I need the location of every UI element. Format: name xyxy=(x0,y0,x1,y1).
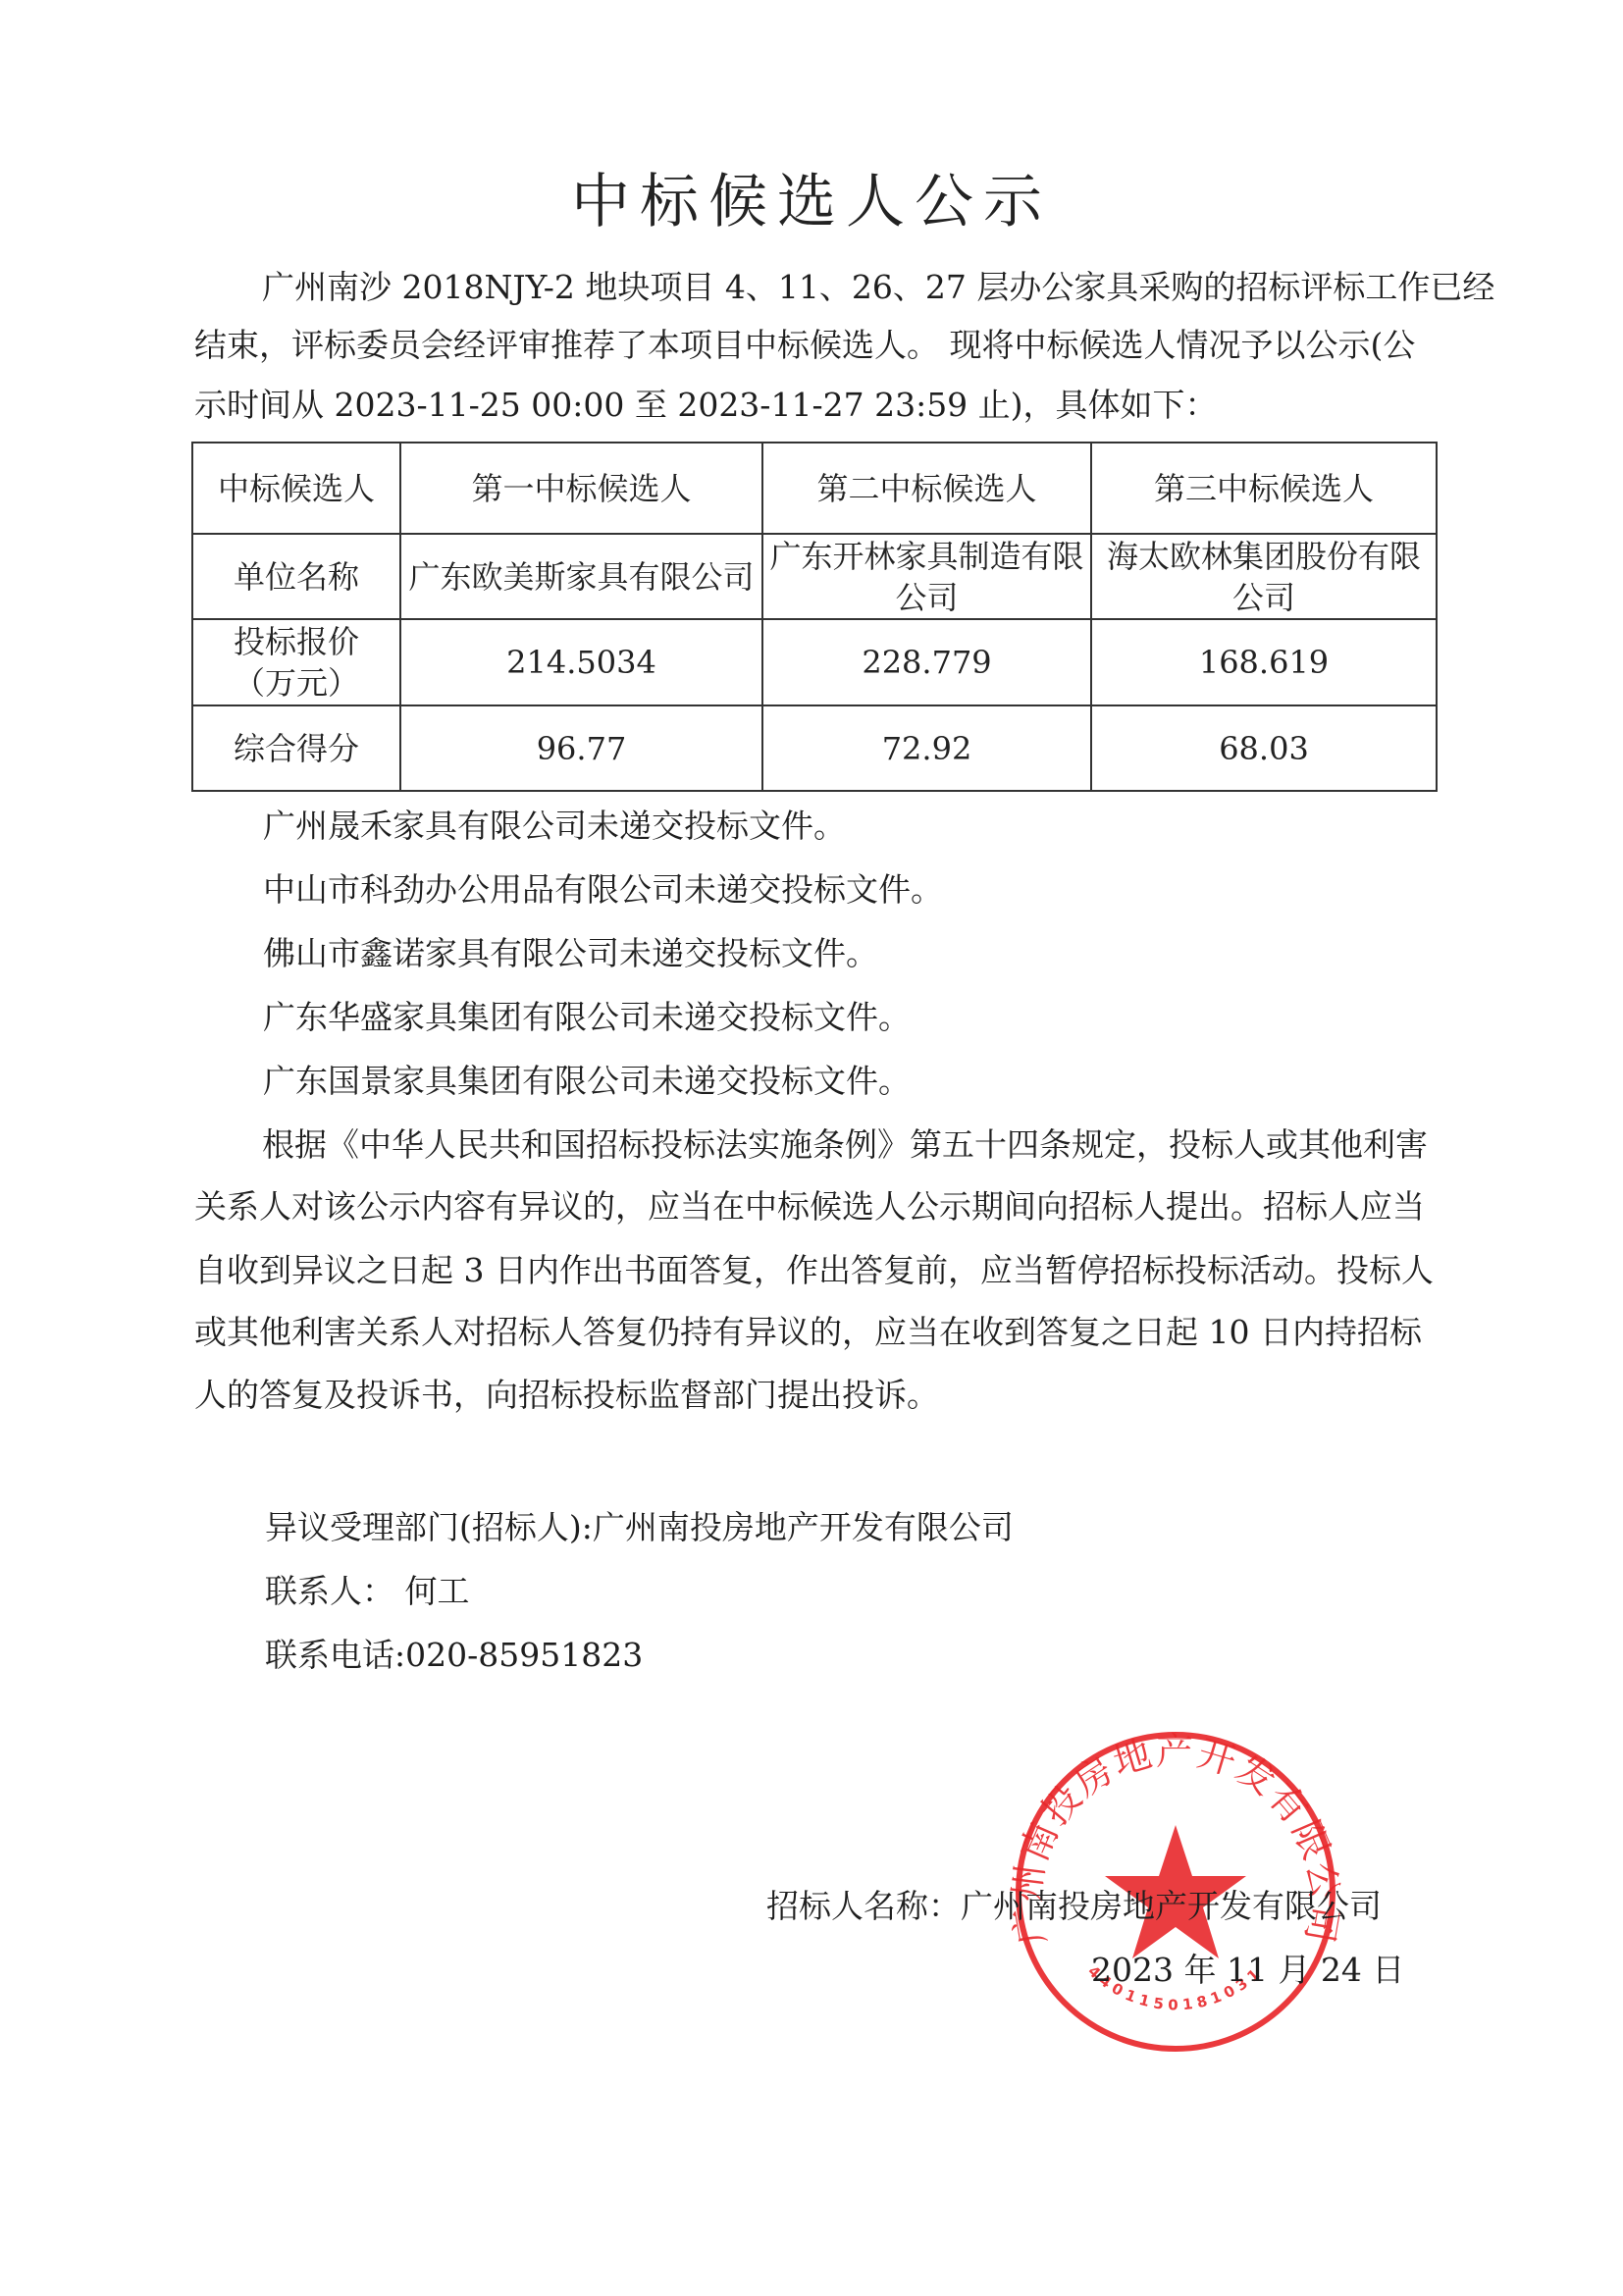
non-submitter-line: 中山市科劲办公用品有限公司未递交投标文件。 xyxy=(263,870,943,910)
table-cell: 广东欧美斯家具有限公司 xyxy=(400,534,762,619)
page-title: 中标候选人公示 xyxy=(0,155,1623,239)
table-cell: 68.03 xyxy=(1091,705,1437,791)
table-header-cell: 中标候选人 xyxy=(192,443,400,534)
table-cell: 96.77 xyxy=(400,705,762,791)
legal-line-4: 或其他利害关系人对招标人答复仍持有异议的，应当在收到答复之日起 10 日内持招标 xyxy=(194,1313,1422,1352)
legal-line-2: 关系人对该公示内容有异议的，应当在中标候选人公示期间向招标人提出。招标人应当 xyxy=(194,1187,1425,1226)
legal-line-3: 自收到异议之日起 3 日内作出书面答复，作出答复前，应当暂停招标投标活动。投标人 xyxy=(194,1251,1434,1290)
legal-line-5: 人的答复及投诉书，向招标投标监督部门提出投诉。 xyxy=(194,1376,939,1415)
objection-department: 异议受理部门(招标人):广州南投房地产开发有限公司 xyxy=(265,1508,1014,1547)
table-cell: 214.5034 xyxy=(400,619,762,705)
tenderer-name: 招标人名称：广州南投房地产开发有限公司 xyxy=(766,1887,1382,1926)
table-cell: 168.619 xyxy=(1091,619,1437,705)
table-row: 单位名称 广东欧美斯家具有限公司 广东开林家具制造有限公司 海太欧林集团股份有限… xyxy=(192,534,1437,619)
intro-line-1: 广州南沙 2018NJY-2 地块项目 4、11、26、27 层办公家具采购的招… xyxy=(262,268,1494,307)
non-submitter-line: 佛山市鑫诺家具有限公司未递交投标文件。 xyxy=(263,934,878,973)
non-submitter-line: 广东国景家具集团有限公司未递交投标文件。 xyxy=(263,1062,911,1101)
legal-line-1: 根据《中华人民共和国招标投标法实施条例》第五十四条规定，投标人或其他利害 xyxy=(262,1125,1428,1165)
non-submitter-line: 广州晟禾家具有限公司未递交投标文件。 xyxy=(263,807,846,846)
table-header-cell: 第二中标候选人 xyxy=(762,443,1091,534)
table-header-cell: 第三中标候选人 xyxy=(1091,443,1437,534)
candidates-table: 中标候选人 第一中标候选人 第二中标候选人 第三中标候选人 单位名称 广东欧美斯… xyxy=(191,442,1438,792)
table-cell: 广东开林家具制造有限公司 xyxy=(762,534,1091,619)
intro-line-3: 示时间从 2023-11-25 00:00 至 2023-11-27 23:59… xyxy=(194,386,1218,425)
table-cell: 72.92 xyxy=(762,705,1091,791)
contact-phone: 联系电话:020-85951823 xyxy=(265,1636,643,1675)
announcement-date: 2023 年 11 月 24 日 xyxy=(1091,1951,1404,1990)
table-header-cell: 第一中标候选人 xyxy=(400,443,762,534)
table-cell: 海太欧林集团股份有限公司 xyxy=(1091,534,1437,619)
non-submitter-line: 广东华盛家具集团有限公司未递交投标文件。 xyxy=(263,998,911,1037)
table-header-row: 中标候选人 第一中标候选人 第二中标候选人 第三中标候选人 xyxy=(192,443,1437,534)
row-label: 综合得分 xyxy=(192,705,400,791)
table-row: 投标报价（万元） 214.5034 228.779 168.619 xyxy=(192,619,1437,705)
row-label: 投标报价（万元） xyxy=(192,619,400,705)
row-label: 单位名称 xyxy=(192,534,400,619)
intro-line-2: 结束，评标委员会经评审推荐了本项目中标候选人。 现将中标候选人情况予以公示(公 xyxy=(194,326,1415,365)
table-cell: 228.779 xyxy=(762,619,1091,705)
contact-person: 联系人： 何工 xyxy=(265,1572,470,1611)
table-row: 综合得分 96.77 72.92 68.03 xyxy=(192,705,1437,791)
